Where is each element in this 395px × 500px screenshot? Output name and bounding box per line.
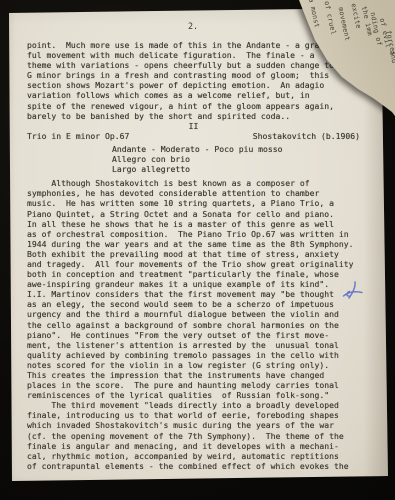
text-line: ment, the listener's attention is arrest… — [27, 340, 360, 350]
text-line: barely to be banished by the short and s… — [27, 111, 360, 121]
text-line: point. Much more use is made of this in … — [27, 40, 360, 50]
text-line: places in the score. The pure and haunti… — [27, 380, 360, 390]
typed-page: 2. point. Much more use is made of this … — [0, 0, 395, 500]
text-line: (cf. the opening movement of the 7th Sym… — [27, 431, 360, 441]
section-heading: II — [27, 121, 360, 131]
work-title-row: Trio in E minor Op.67 Shostakovitch (b.1… — [27, 131, 360, 141]
photo-background: 2. point. Much more use is made of this … — [0, 0, 395, 500]
text-line: urgency and the third a mournful dialogu… — [27, 309, 360, 319]
text-line: symphonies, he has devoted considerable … — [27, 188, 360, 198]
fold-text-word: forces — [384, 30, 395, 57]
text-line: This creates the impression that the ins… — [27, 370, 360, 380]
text-line: spite of the renewed vigour, a hint of t… — [27, 101, 360, 111]
text-line: as an elegy, the second would seem to be… — [27, 299, 360, 309]
work-title: Trio in E minor Op.67 — [27, 131, 129, 141]
text-line: Andante - Moderato - Poco piu mosso — [112, 144, 360, 154]
text-line: piano". He continues "From the very outs… — [27, 330, 360, 340]
text-line: notes scored for the violin in a low reg… — [27, 360, 360, 370]
text-line: finale is angular and menacing, and it d… — [27, 441, 360, 451]
text-line: section shows Mozart's power of depictin… — [27, 80, 360, 90]
text-line: music. He has written some 10 string qua… — [27, 198, 360, 208]
text-line: and tragedy. All four movements of the T… — [27, 259, 360, 269]
paragraph-shostakovitch: Although Shostakovitch is best known as … — [27, 178, 360, 400]
fold-text-word: and — [388, 50, 395, 64]
text-line: 1944 during the war years and at the sam… — [27, 239, 360, 249]
text-line: Although Shostakovitch is best known as … — [27, 178, 360, 188]
page-number: 2. — [188, 21, 198, 31]
composer-name: Shostakovitch (b.1906) — [253, 131, 360, 141]
text-line: cal, rhythmic motion, accompanied by wei… — [27, 451, 360, 461]
text-line: I.I. Martinov considers that the first m… — [27, 289, 360, 299]
text-line: quality achieved by combining tremolo pa… — [27, 350, 360, 360]
text-line: variation follows which comes as a welco… — [27, 90, 360, 100]
text-line: of contrapuntal elements - the combined … — [27, 461, 360, 471]
text-line: The third movement "leads directly into … — [27, 400, 360, 410]
text-line: In all these he shows that he is a maste… — [27, 219, 360, 229]
text-line: G minor brings in a fresh and contrastin… — [27, 70, 360, 80]
text-line: both in conception and treatment "partic… — [27, 269, 360, 279]
text-line: Piano Quintet, a String Octet and a Sona… — [27, 209, 360, 219]
text-line: Allegro con brio — [112, 154, 360, 164]
text-line: as of orchestral composition. The Piano … — [27, 229, 360, 239]
text-line: finale, introducing us to that world of … — [27, 410, 360, 420]
document-body: point. Much more use is made of this in … — [27, 40, 360, 471]
text-line: the cello against a background of sombre… — [27, 320, 360, 330]
text-line: reminiscences of the lyrical qualities o… — [27, 390, 360, 400]
paragraph-finale: The third movement "leads directly into … — [27, 400, 360, 471]
text-line: which invaded Shostakovitch's music duri… — [27, 420, 360, 430]
movement-list: Andante - Moderato - Poco piu mossoAlleg… — [112, 144, 360, 174]
text-line: awe-inspiring grandeur makes it a unique… — [27, 279, 360, 289]
text-line: ful movement with much delicate figurati… — [27, 50, 360, 60]
text-line: theme with variations - opens cheerfully… — [27, 60, 360, 70]
text-line: Both exhibit the prevailing mood at that… — [27, 249, 360, 259]
text-line: Largo allegretto — [112, 164, 360, 174]
paragraph-mozart: point. Much more use is made of this in … — [27, 40, 360, 121]
